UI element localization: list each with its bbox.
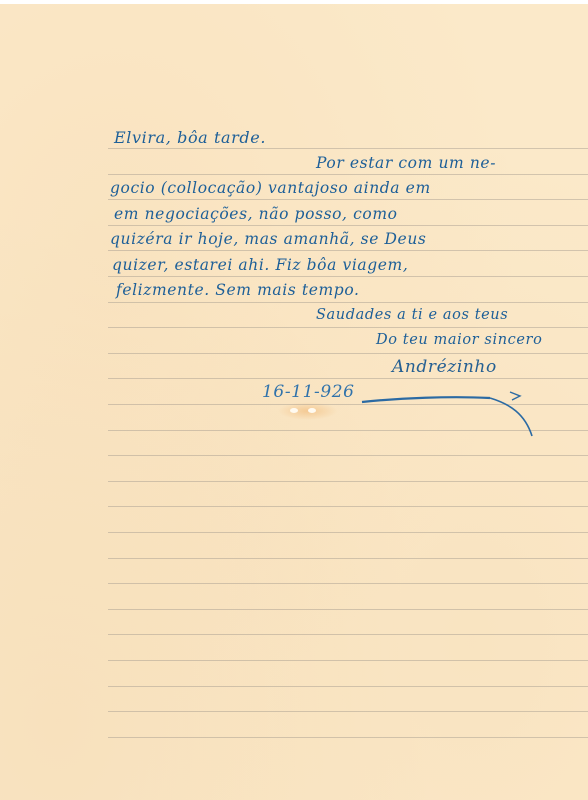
ruled-line [108, 634, 588, 635]
ruled-line [108, 455, 588, 456]
paper-hole [290, 408, 298, 413]
ruled-line [108, 532, 588, 533]
signature: Andrézinho [392, 357, 497, 377]
body-line-1: Por estar com um ne- [316, 154, 496, 172]
paper-hole [308, 408, 316, 413]
ruled-line [108, 660, 588, 661]
ruled-line [108, 506, 588, 507]
ruled-line [108, 250, 588, 251]
ruled-line [108, 558, 588, 559]
closing-line-2: Do teu maior sincero [376, 332, 542, 348]
ruled-line [108, 276, 588, 277]
body-line-3: em negociações, não posso, como [114, 205, 398, 223]
ruled-line [108, 302, 588, 303]
ruled-line [108, 225, 588, 226]
ruled-line [108, 327, 588, 328]
ruled-line [108, 199, 588, 200]
ruled-line [108, 353, 588, 354]
ruled-line [108, 609, 588, 610]
ruled-line [108, 481, 588, 482]
ruled-line [108, 737, 588, 738]
ruled-line [108, 711, 588, 712]
signature-flourish [360, 384, 560, 454]
salutation: Elvira, bôa tarde. [114, 128, 266, 147]
letter-page: Elvira, bôa tarde. Por estar com um ne- … [0, 4, 588, 800]
ruled-line [108, 378, 588, 379]
date: 16-11-926 [262, 382, 355, 402]
body-line-2: gocio (collocação) vantajoso ainda em [110, 179, 431, 197]
ruled-line [108, 148, 588, 149]
ruled-line [108, 174, 588, 175]
ruled-line [108, 583, 588, 584]
closing-line-1: Saudades a ti e aos teus [316, 307, 508, 323]
body-line-5: quizer, estarei ahi. Fiz bôa viagem, [112, 256, 408, 274]
ruled-line [108, 686, 588, 687]
body-line-6: felizmente. Sem mais tempo. [116, 281, 360, 299]
body-line-4: quizéra ir hoje, mas amanhã, se Deus [110, 230, 426, 248]
